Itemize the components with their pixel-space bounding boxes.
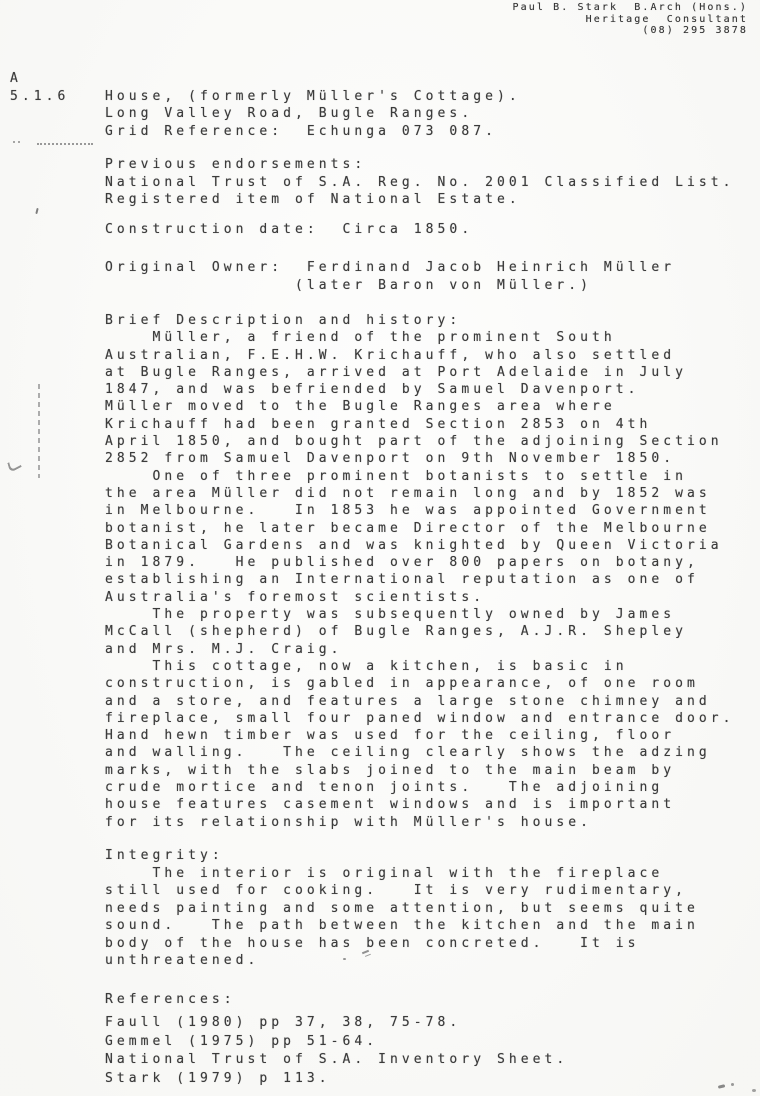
text-line: Heritage Consultant xyxy=(513,14,749,26)
text-line: 2852 from Samuel Davenport on 9th Novemb… xyxy=(10,450,734,467)
section-original-owner: Original Owner: Ferdinand Jacob Heinrich… xyxy=(10,259,675,294)
section-references-heading: References: xyxy=(10,991,236,1009)
section-references-list: Faull (1980) pp 37, 38, 75-78. Gemmel (1… xyxy=(10,1014,568,1088)
text-line: fireplace, small four paned window and e… xyxy=(10,710,734,727)
text-line: Long Valley Road, Bugle Ranges. xyxy=(10,105,521,123)
text-line: and walling. The ceiling clearly shows t… xyxy=(10,744,734,761)
pencil-dots-mark xyxy=(37,143,93,145)
scan-smudge xyxy=(718,1084,725,1088)
text-line: Gemmel (1975) pp 51-64. xyxy=(10,1033,568,1052)
text-line: and a store, and features a large stone … xyxy=(10,693,734,710)
text-line: A xyxy=(10,70,521,88)
text-line: Previous endorsements: xyxy=(10,156,734,174)
text-line: Brief Description and history: xyxy=(10,312,734,329)
text-line: Müller moved to the Bugle Ranges area wh… xyxy=(10,398,734,415)
text-line: the area Müller did not remain long and … xyxy=(10,485,734,502)
text-line: (08) 295 3878 xyxy=(513,25,749,37)
section-previous-endorsements: Previous endorsements: National Trust of… xyxy=(10,156,734,209)
text-line: Australia's foremost scientists. xyxy=(10,589,734,606)
text-line: National Trust of S.A. Reg. No. 2001 Cla… xyxy=(10,174,734,192)
text-line: body of the house has been concreted. It… xyxy=(10,935,699,953)
text-line: Registered item of National Estate. xyxy=(10,191,734,209)
document-page: Paul B. Stark B.Arch (Hons.)Heritage Con… xyxy=(0,0,760,1096)
text-line: Müller, a friend of the prominent South xyxy=(10,329,734,346)
text-line: References: xyxy=(10,991,236,1009)
text-line: unthreatened. xyxy=(10,952,699,970)
text-line: Original Owner: Ferdinand Jacob Heinrich… xyxy=(10,259,675,277)
text-line: needs painting and some attention, but s… xyxy=(10,900,699,918)
fold-crease-line xyxy=(38,384,40,478)
section-brief-description: Brief Description and history: Müller, a… xyxy=(10,312,734,831)
text-line: The property was subsequently owned by J… xyxy=(10,606,734,623)
text-line: The interior is original with the firepl… xyxy=(10,865,699,883)
section-integrity: Integrity: The interior is original with… xyxy=(10,847,699,970)
pencil-dot-mark xyxy=(343,958,346,960)
text-line: for its relationship with Müller's house… xyxy=(10,814,734,831)
pencil-dots-mark xyxy=(13,141,20,143)
text-line: Australian, F.E.H.W. Krichauff, who also… xyxy=(10,347,734,364)
scan-smudge xyxy=(752,1089,756,1092)
text-line: National Trust of S.A. Inventory Sheet. xyxy=(10,1051,568,1070)
pencil-tick-mark xyxy=(35,208,38,214)
text-line: at Bugle Ranges, arrived at Port Adelaid… xyxy=(10,364,734,381)
text-line: Botanical Gardens and was knighted by Qu… xyxy=(10,537,734,554)
text-line: Paul B. Stark B.Arch (Hons.) xyxy=(513,2,749,14)
scan-smudge xyxy=(731,1083,734,1086)
text-line: house features casement windows and is i… xyxy=(10,796,734,813)
text-line: establishing an International reputation… xyxy=(10,571,734,588)
text-line: 1847, and was befriended by Samuel Daven… xyxy=(10,381,734,398)
section-construction-date: Construction date: Circa 1850. xyxy=(10,221,473,239)
text-line: and Mrs. M.J. Craig. xyxy=(10,641,734,658)
text-line: Faull (1980) pp 37, 38, 75-78. xyxy=(10,1014,568,1033)
text-line: crude mortice and tenon joints. The adjo… xyxy=(10,779,734,796)
text-line: One of three prominent botanists to sett… xyxy=(10,468,734,485)
text-line: (later Baron von Müller.) xyxy=(10,277,675,295)
text-line: in 1879. He published over 800 papers on… xyxy=(10,554,734,571)
text-line: marks, with the slabs joined to the main… xyxy=(10,762,734,779)
text-line: still used for cooking. It is very rudim… xyxy=(10,882,699,900)
text-line: 5.1.6 House, (formerly Müller's Cottage)… xyxy=(10,88,521,106)
text-line: Stark (1979) p 113. xyxy=(10,1070,568,1089)
text-line: Krichauff had been granted Section 2853 … xyxy=(10,416,734,433)
text-line: construction, is gabled in appearance, o… xyxy=(10,675,734,692)
text-line: sound. The path between the kitchen and … xyxy=(10,917,699,935)
text-line: botanist, he later became Director of th… xyxy=(10,520,734,537)
letterhead: Paul B. Stark B.Arch (Hons.)Heritage Con… xyxy=(513,2,749,37)
text-line: McCall (shepherd) of Bugle Ranges, A.J.R… xyxy=(10,623,734,640)
text-line: This cottage, now a kitchen, is basic in xyxy=(10,658,734,675)
text-line: in Melbourne. In 1853 he was appointed G… xyxy=(10,502,734,519)
text-line: Hand hewn timber was used for the ceilin… xyxy=(10,727,734,744)
text-line: Construction date: Circa 1850. xyxy=(10,221,473,239)
text-line: April 1850, and bought part of the adjoi… xyxy=(10,433,734,450)
text-line: Grid Reference: Echunga 073 087. xyxy=(10,123,521,141)
text-line: Integrity: xyxy=(10,847,699,865)
section-identification: A5.1.6 House, (formerly Müller's Cottage… xyxy=(10,70,521,140)
